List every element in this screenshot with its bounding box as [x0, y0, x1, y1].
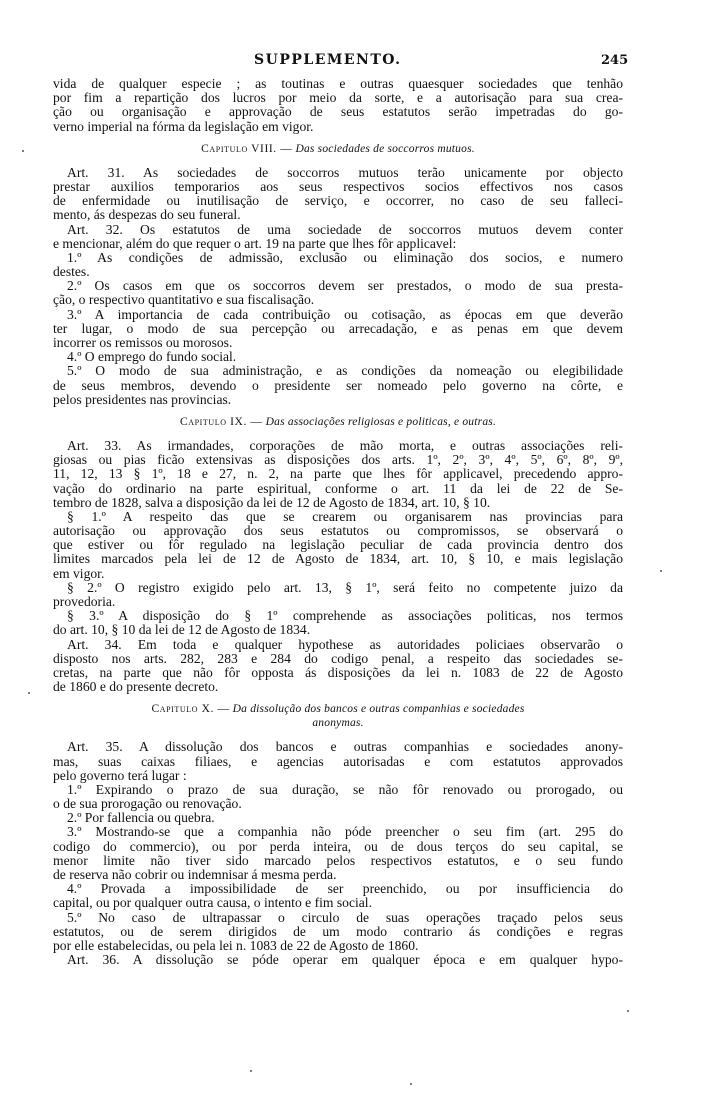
page-number: 245 — [601, 53, 628, 68]
chapter-heading: Capitulo VIII. — Das sociedades de socco… — [53, 142, 623, 156]
text-line: 4.º Provada a impossibilidade de ser pre… — [53, 882, 623, 896]
text-line: autorisação ou approvação dos seus estat… — [53, 524, 623, 538]
text-line: 1.º Expirando o prazo de sua duração, se… — [53, 783, 623, 797]
chapter-title-continued: anonymas. — [53, 716, 623, 730]
text-line: 4.º O emprego do fundo social. — [53, 350, 623, 364]
paragraph-group: Art. 35. A dissolução dos bancos e outra… — [53, 740, 623, 967]
text-line: de 1860 e do presente decreto. — [53, 680, 623, 694]
text-line: Art. 35. A dissolução dos bancos e outra… — [53, 740, 623, 754]
scan-speck — [627, 1010, 629, 1012]
text-line: em vigor. — [53, 567, 623, 581]
text-line: prestar auxilios temporarios aos seus re… — [53, 180, 623, 194]
text-line: cretas, na parte que não fôr opposta ás … — [53, 666, 623, 680]
body-text: vida de qualquer especie ; as toutinas e… — [53, 77, 623, 967]
running-title: SUPPLEMENTO. — [254, 52, 402, 68]
text-line: que estiver ou fôr regulado na legislaçã… — [53, 538, 623, 552]
scan-speck — [410, 1083, 412, 1085]
scanned-page: SUPPLEMENTO. 245 vida de qualquer especi… — [0, 0, 704, 1120]
text-line: ção ou organisação e approvação de seus … — [53, 105, 623, 119]
text-line: 3.º A importancia de cada contribuição o… — [53, 308, 623, 322]
chapter-heading: Capitulo IX. — Das associações religiosa… — [53, 415, 623, 429]
text-line: giosas ou pias ficão extensivas as dispo… — [53, 453, 623, 467]
paragraph-group: vida de qualquer especie ; as toutinas e… — [53, 77, 623, 134]
text-line: § 1.º A respeito das que se crearem ou o… — [53, 510, 623, 524]
chapter-title: Das sociedades de soccorros mutuos. — [295, 143, 474, 155]
text-line: Art. 33. As irmandades, corporações de m… — [53, 439, 623, 453]
paragraph-group: Art. 33. As irmandades, corporações de m… — [53, 439, 623, 694]
text-line: limites marcados pela lei de 12 de Agost… — [53, 552, 623, 566]
text-line: 2.º Os casos em que os soccorros devem s… — [53, 279, 623, 293]
text-line: 1.º As condições de admissão, exclusão o… — [53, 251, 623, 265]
text-line: destes. — [53, 265, 623, 279]
text-line: incorrer os remissos ou morosos. — [53, 336, 623, 350]
text-line: Art. 31. As sociedades de soccorros mutu… — [53, 166, 623, 180]
text-line: de reserva não cobrir ou indemnisar á me… — [53, 868, 623, 882]
chapter-heading: Capitulo X. — Da dissolução dos bancos e… — [53, 702, 623, 730]
text-line: o de sua prorogação ou renovação. — [53, 797, 623, 811]
text-line: mas, suas caixas filiaes, e agencias aut… — [53, 755, 623, 769]
text-line: disposto nos arts. 282, 283 e 284 do cod… — [53, 652, 623, 666]
text-line: por elle estabelecidas, ou pela lei n. 1… — [53, 939, 623, 953]
text-line: § 2.º O registro exigido pelo art. 13, §… — [53, 581, 623, 595]
text-line: Art. 32. Os estatutos de uma sociedade d… — [53, 223, 623, 237]
chapter-number: Capitulo IX. — — [180, 416, 263, 428]
text-line: 11, 12, 13 § 1º, 18 e 27, n. 2, na parte… — [53, 467, 623, 481]
text-line: 5.º O modo de sua administração, e as co… — [53, 364, 623, 378]
text-line: § 3.º A disposição do § 1º comprehende a… — [53, 609, 623, 623]
scan-speck — [28, 692, 30, 694]
chapter-number: Capitulo VIII. — — [201, 143, 292, 155]
running-head: SUPPLEMENTO. 245 — [0, 52, 704, 72]
scan-speck — [22, 150, 24, 152]
text-line: verno imperial na fórma da legislação em… — [53, 120, 623, 134]
text-line: de enfermidade ou inutilisação de serviç… — [53, 194, 623, 208]
text-line: provedoria. — [53, 595, 623, 609]
text-line: capital, ou por qualquer outra causa, o … — [53, 896, 623, 910]
text-line: codigo do commercio), ou por perda intei… — [53, 840, 623, 854]
text-line: menor limite não tiver sido marcado pelo… — [53, 854, 623, 868]
text-line: e mencionar, além do que requer o art. 1… — [53, 237, 623, 251]
text-line: vida de qualquer especie ; as toutinas e… — [53, 77, 623, 91]
chapter-title: Da dissolução dos bancos e outras compan… — [233, 703, 525, 715]
text-line: pelos presidentes nas provincias. — [53, 393, 623, 407]
scan-speck — [250, 1070, 252, 1072]
text-line: 3.º Mostrando-se que a companhia não pód… — [53, 825, 623, 839]
text-line: ção, o respectivo quantitativo e sua fis… — [53, 293, 623, 307]
paragraph-group: Art. 31. As sociedades de soccorros mutu… — [53, 166, 623, 407]
text-line: por fim a repartição dos lucros por meio… — [53, 91, 623, 105]
text-line: pelo governo terá lugar : — [53, 769, 623, 783]
text-line: de seus membros, devendo o presidente se… — [53, 379, 623, 393]
text-line: 5.º No caso de ultrapassar o circulo de … — [53, 911, 623, 925]
text-line: Art. 34. Em toda e qualquer hypothese as… — [53, 638, 623, 652]
text-line: 2.º Por fallencia ou quebra. — [53, 811, 623, 825]
text-line: ter lugar, o modo de sua percepção ou ar… — [53, 322, 623, 336]
text-line: Art. 36. A dissolução se póde operar em … — [53, 953, 623, 967]
text-line: mento, ás despezas do seu funeral. — [53, 208, 623, 222]
text-line: estatutos, ou de serem dirigidos de um m… — [53, 925, 623, 939]
chapter-number: Capitulo X. — — [151, 703, 229, 715]
text-line: vação do ordinario na parte espiritual, … — [53, 482, 623, 496]
text-line: do art. 10, § 10 da lei de 12 de Agosto … — [53, 623, 623, 637]
chapter-title: Das associações religiosas e politicas, … — [266, 416, 496, 428]
scan-speck — [660, 570, 662, 572]
text-line: tembro de 1828, salva a disposição da le… — [53, 496, 623, 510]
